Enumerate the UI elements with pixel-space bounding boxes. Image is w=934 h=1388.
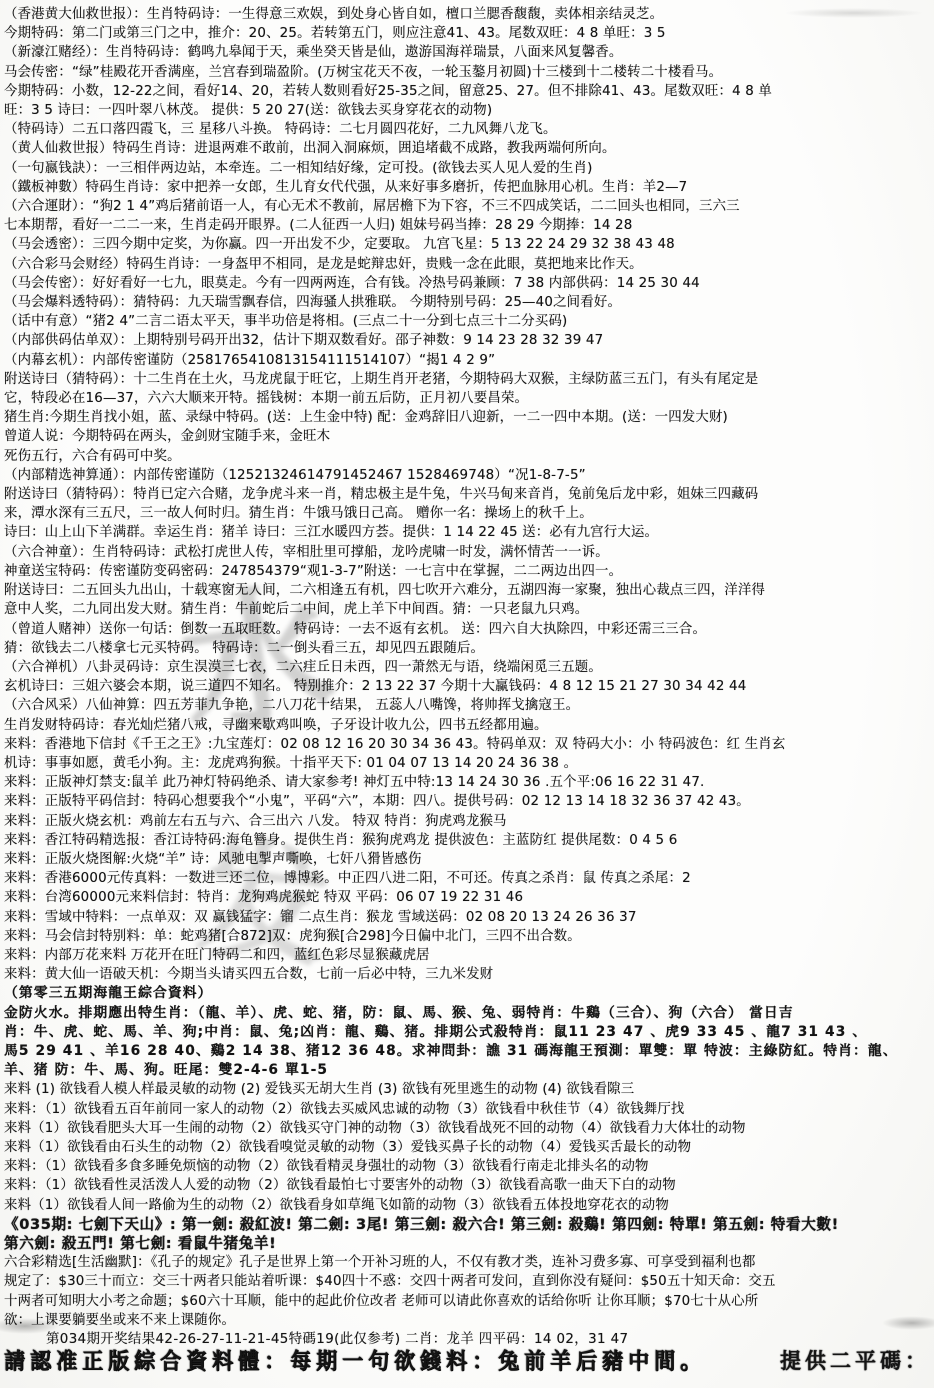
text-line: （曾道人赌神）送你一句话：倒数一五取旺数。 特码诗：一去不返有玄机。 送：四六自… (4, 620, 932, 639)
text-line: 死伤五行，六合有码可中奖。 (4, 447, 932, 466)
text-line: （话中有意）“猪2 4”二言二语太平天，事半功倍是将相。(三点二十一分到七点三十… (4, 312, 932, 331)
footer-calligraphy-text: 請認准正版綜合資料體：每期一句欲錢料：兔前羊后豬中間。 (0, 1344, 706, 1376)
text-line: 来料 (1) 欲钱看人模人样最灵敏的动物 (2) 爱钱买无胡大生肖 (3) 欲钱… (4, 1080, 932, 1099)
text-line: 《035期: 七劍下天山》: 第一劍: 殺紅波! 第二劍: 3尾! 第三劍: 殺… (4, 1215, 932, 1234)
text-line: 神童送宝特码：传密谨防变码密码：247854379“观1-3-7”附送：一七言中… (4, 562, 932, 581)
text-line: （六合彩马会财经）特码生肖诗：一身盔甲不相同，是龙是蛇辩忠奸，贵贱一念在此眼，莫… (4, 255, 932, 274)
text-line: 来料：马会信封特别料：单：蛇鸡猪[合872]双：虎狗猴[合298]今日偏中北门，… (4, 927, 932, 946)
text-line: 附送诗曰（猜特码）：特肖已定六合赌，龙争虎斗来一肖，精忠极主是牛兔，牛兴马甸来音… (4, 485, 932, 504)
text-line: 肖：牛、虎、蛇、馬、羊、狗;中肖：鼠、兔;凶肖：龍、鷄、猪。排期公式殺特肖：鼠1… (4, 1023, 932, 1042)
text-line: （马会传密）：好好看好一七九，眼莫走。今有一四两两连，合有钱。冷热号码兼顾：7 … (4, 274, 932, 293)
text-line: 旺：3 5 诗曰：一四叶翠八林茂。 提供：5 20 27(送：欲钱去买身穿花衣的… (4, 101, 932, 120)
text-line: 马会传密：“绿”桂殿花开香满座，兰宫春到瑞盈阶。(万树宝花天不夜，一轮玉鏊月初圆… (4, 63, 932, 82)
text-line: 诗曰：山上山下羊满群。幸运生肖：猪羊 诗曰：三江水暖四方荟。提供：1 14 22… (4, 523, 932, 542)
text-line: （新濠江赌经）：生肖特码诗：鹤鸣九皋闻于天，乘坐癸天皆是仙，遨游国海祥瑞景，八面… (4, 43, 932, 62)
text-line: （特码诗）二五口落四霞飞，三 星移八斗换。 特码诗：二七月圆四花好，二九风舞八龙… (4, 120, 932, 139)
text-line: 曾道人说：今期特码在两头，金剑财宝随手来，金旺木 (4, 427, 932, 446)
text-line: 附送诗曰：二五回头九出山，十载寒窗无人间，二六相逢五有机，四七吹开六难分，五湖四… (4, 581, 932, 600)
text-line: 规定了：$30三十而立：交三十两者只能站着听课：$40四十不惑：交四十两者可发问… (4, 1272, 932, 1291)
text-line: （香港黄大仙救世报）：生肖特码诗：一生得意三欢娱，到处身心皆自如，檀口兰腮香馥馥… (4, 5, 932, 24)
text-line: （内部供码估单双）：上期特别号码开出32，估计下期双数看好。邵子神数：9 14 … (4, 331, 932, 350)
text-line: 来料：香港地下信封《千王之王》:九宝莲灯：02 08 12 16 20 30 3… (4, 735, 932, 754)
text-line: （一句嬴钱訣）：一三相伴两边站，本牵连。二一相知结好缘，定可投。(欲钱去买人见人… (4, 159, 932, 178)
text-line: 来料：正版神灯禁支:鼠羊 此乃神灯特码绝杀、请大家参考! 神灯五中特:13 14… (4, 773, 932, 792)
text-line: 来料：正版火烧玄机：鸡前左右五与六、合三出六 八发。 特双 特肖：狗虎鸡龙猴马 (4, 812, 932, 831)
text-line: （六合運財）：“狗2 1 4”鸡后猪前语一人，有心无术不教前，屌居檐下为下容，不… (4, 197, 932, 216)
text-line: 机诗：事事如愿，黄毛小狗。主：龙虎鸡狗猴。十指平天下: 01 04 07 13 … (4, 754, 932, 773)
footer-supply-label: 提供二平碼： (780, 1345, 930, 1375)
text-line: 来料：正版特平码信封：特码心想要我个“小鬼”，平码“六”，本期：四八。提供号码：… (4, 792, 932, 811)
text-line: 六合彩精选[生活幽默]：《孔子的规定》孔子是世界上第一个开补习班的人，不仅有教才… (4, 1253, 932, 1272)
text-line: （六合禅机）八卦灵码诗：京生淏漠三七衣，二六疰丘日未西，四一萧然无与语，绕端闲觅… (4, 658, 932, 677)
text-line: （内部精选神算通）：内部传密谨防（12521324614791452467 15… (4, 466, 932, 485)
text-line: 馬5 29 41 、羊16 28 40、鷄2 14 38、猪12 36 48。求… (4, 1042, 932, 1061)
text-line: 今期特码：小数，12-22之间，看好14、20，若转人数则看好25-35之间，留… (4, 82, 932, 101)
text-line: 来，潭水深有三五尺，三一故人何时归。猜生肖：牛饿马饿日己高。 赠你一名：操场上的… (4, 504, 932, 523)
text-line: 来料：内部万花来料 万花开在旺门特码二和四，蓝红色彩尽显猴藏虎居 (4, 946, 932, 965)
text-line: 玄机诗曰：三姐六婆会本期，说三道四不知名。 特别推介：2 13 22 37 今期… (4, 677, 932, 696)
text-line: 金防火水。排期應出特生肖：（龍、羊）、虎、蛇、猪，防：鼠、馬、猴、兔、弱特肖：牛… (4, 1004, 932, 1023)
tip-sheet-body: （香港黄大仙救世报）：生肖特码诗：一生得意三欢娱，到处身心皆自如，檀口兰腮香馥馥… (4, 5, 932, 1349)
text-line: 来料：（1）欲钱看五百年前同一家人的动物（2）欲钱去买威风忠诚的动物（3）欲钱看… (4, 1100, 932, 1119)
text-line: 来料：香江特码精选报：香江诗特码:海龟簪身。提供生肖：猴狗虎鸡龙 提供波色：主蓝… (4, 831, 932, 850)
text-line: （鐵板神數）特码生肖诗：家中把养一女郎，生儿育女代代强，从来好事多磨折，传把血脉… (4, 178, 932, 197)
text-line: 来料（1）欲钱看人间一路偷为生的动物（2）欲钱看身如草绳飞如箭的动物（3）欲钱看… (4, 1196, 932, 1215)
text-line: 猪生肖:今期生肖找小姐，蓝、录绿中特码。(送：上生金中特) 配：金鸡辞旧八迎新，… (4, 408, 932, 427)
document-page: 水 发 （香港黄大仙救世报）：生肖特码诗：一生得意三欢娱，到处身心皆自如，檀口兰… (0, 0, 934, 1388)
text-line: （内幕玄机）：内部传密谨防（2581765410813154111514107）… (4, 351, 932, 370)
text-line: 它，特段必在16—37，六六大顺来开特。摇钱树：本期一前五后防，正月初八要昌荣。 (4, 389, 932, 408)
text-line: 来料：香港6000元传真料：一数进三还二位，博博彩。中正四八进二阳，不可还。传真… (4, 869, 932, 888)
text-line: （黄人仙救世报）特码生肖诗：进退两难不敢前，出洞入洞麻烦，囲追堵截不成路，教我两… (4, 139, 932, 158)
text-line: 猜：欲钱去二八楼拿七元买特码。 特码诗：二一倒头看三五，却见四五跟随后。 (4, 639, 932, 658)
text-line: （六合风采）八仙神算：四五芳菲九争艳，二八刀花十结果， 五蕊人八嘴馋，将帅挥戈擒… (4, 696, 932, 715)
text-line: 十两者可知明大小考之命题；$60六十耳顺，能中的起此价位改者 老师可以请此你喜欢… (4, 1292, 932, 1311)
text-line: 生肖发财特码诗：春光灿烂猪八戒，寻幽来歇鸡叫唤，子牙设计收九公，四书五经都用遍。 (4, 716, 932, 735)
text-line: 来料：（1）欲钱看多食多睡免烦恼的动物（2）欲钱看精灵身强壮的动物（3）欲钱看行… (4, 1157, 932, 1176)
footer-slogan-row: 請認准正版綜合資料體：每期一句欲錢料：兔前羊后豬中間。 提供二平碼： 05、14 (0, 1338, 934, 1382)
text-line: 第六劍: 殺五門! 第七劍: 看鼠牛猪兔羊! (4, 1234, 932, 1253)
text-line: 意中人奖，二九同出发大财。猜生肖：牛前蛇后二中间，虎上羊下中间酉。猜：一只老鼠九… (4, 600, 932, 619)
text-line: （六合神童）：生肖特码诗：武松打虎世人传，宰相肚里可撑船，龙吟虎啸一时发，满怀情… (4, 543, 932, 562)
text-line: 羊、猪 防：牛、馬、狗。旺尾：雙2-4-6 單1-5 (4, 1061, 932, 1080)
text-line: （马会爆料透特码）：猜特码：九天瑞雪飘春信，四海骚人拱雅联。 今期特别号码：25… (4, 293, 932, 312)
text-line: 来料：正版火烧图解:火烧“羊” 诗：风驰电掣声嘶唤，七奸八猾皆感伤 (4, 850, 932, 869)
text-line: 来料（1）欲钱看肥头大耳一生闹的动物（2）欲钱买守门神的动物（3）欲钱看战死不回… (4, 1119, 932, 1138)
text-line: 来料：黄大仙一语破天机：今期当头请买四五合数，七前一后必中特，三九米发财 (4, 965, 932, 984)
text-line: 七本期帮，看好一二二一来，生肖走码开眼界。(二人征西一人归) 姐妹号码当捧：28… (4, 216, 932, 235)
text-line: 来料：（1）欲钱看性灵活泼人人爱的动物（2）欲钱看最怕七寸要害外的动物（3）欲钱… (4, 1176, 932, 1195)
text-line: 今期特码：第二门或第三门之中，推介：20、25。若转第五门，则应注意41、43。… (4, 24, 932, 43)
text-line: （第零三五期海龍王綜合資料） (4, 984, 932, 1003)
text-line: 欲：上课要躺要坐或来不来上课随你。 (4, 1311, 932, 1330)
text-line: （马会透密）：三四今期中定奖，为你赢。四一开出发不少，定要取。 九宫飞星：5 1… (4, 235, 932, 254)
text-line: 附送诗曰（猜特码）：十二生肖在土火，马龙虎鼠于旺它，上期生肖开老猪，今期特码大双… (4, 370, 932, 389)
text-line: 来料：台湾60000元来料信封：特肖：龙狗鸡虎猴蛇 特双 平码：06 07 19… (4, 888, 932, 907)
text-line: 来料（1）欲钱看由石头生的动物（2）欲钱看嗅觉灵敏的动物（3）爱钱买鼻子长的动物… (4, 1138, 932, 1157)
text-line: 来料：雪域中特料：一点单双：双 赢钱猛字：镏 二点生肖：猴龙 雪域送码：02 0… (4, 908, 932, 927)
